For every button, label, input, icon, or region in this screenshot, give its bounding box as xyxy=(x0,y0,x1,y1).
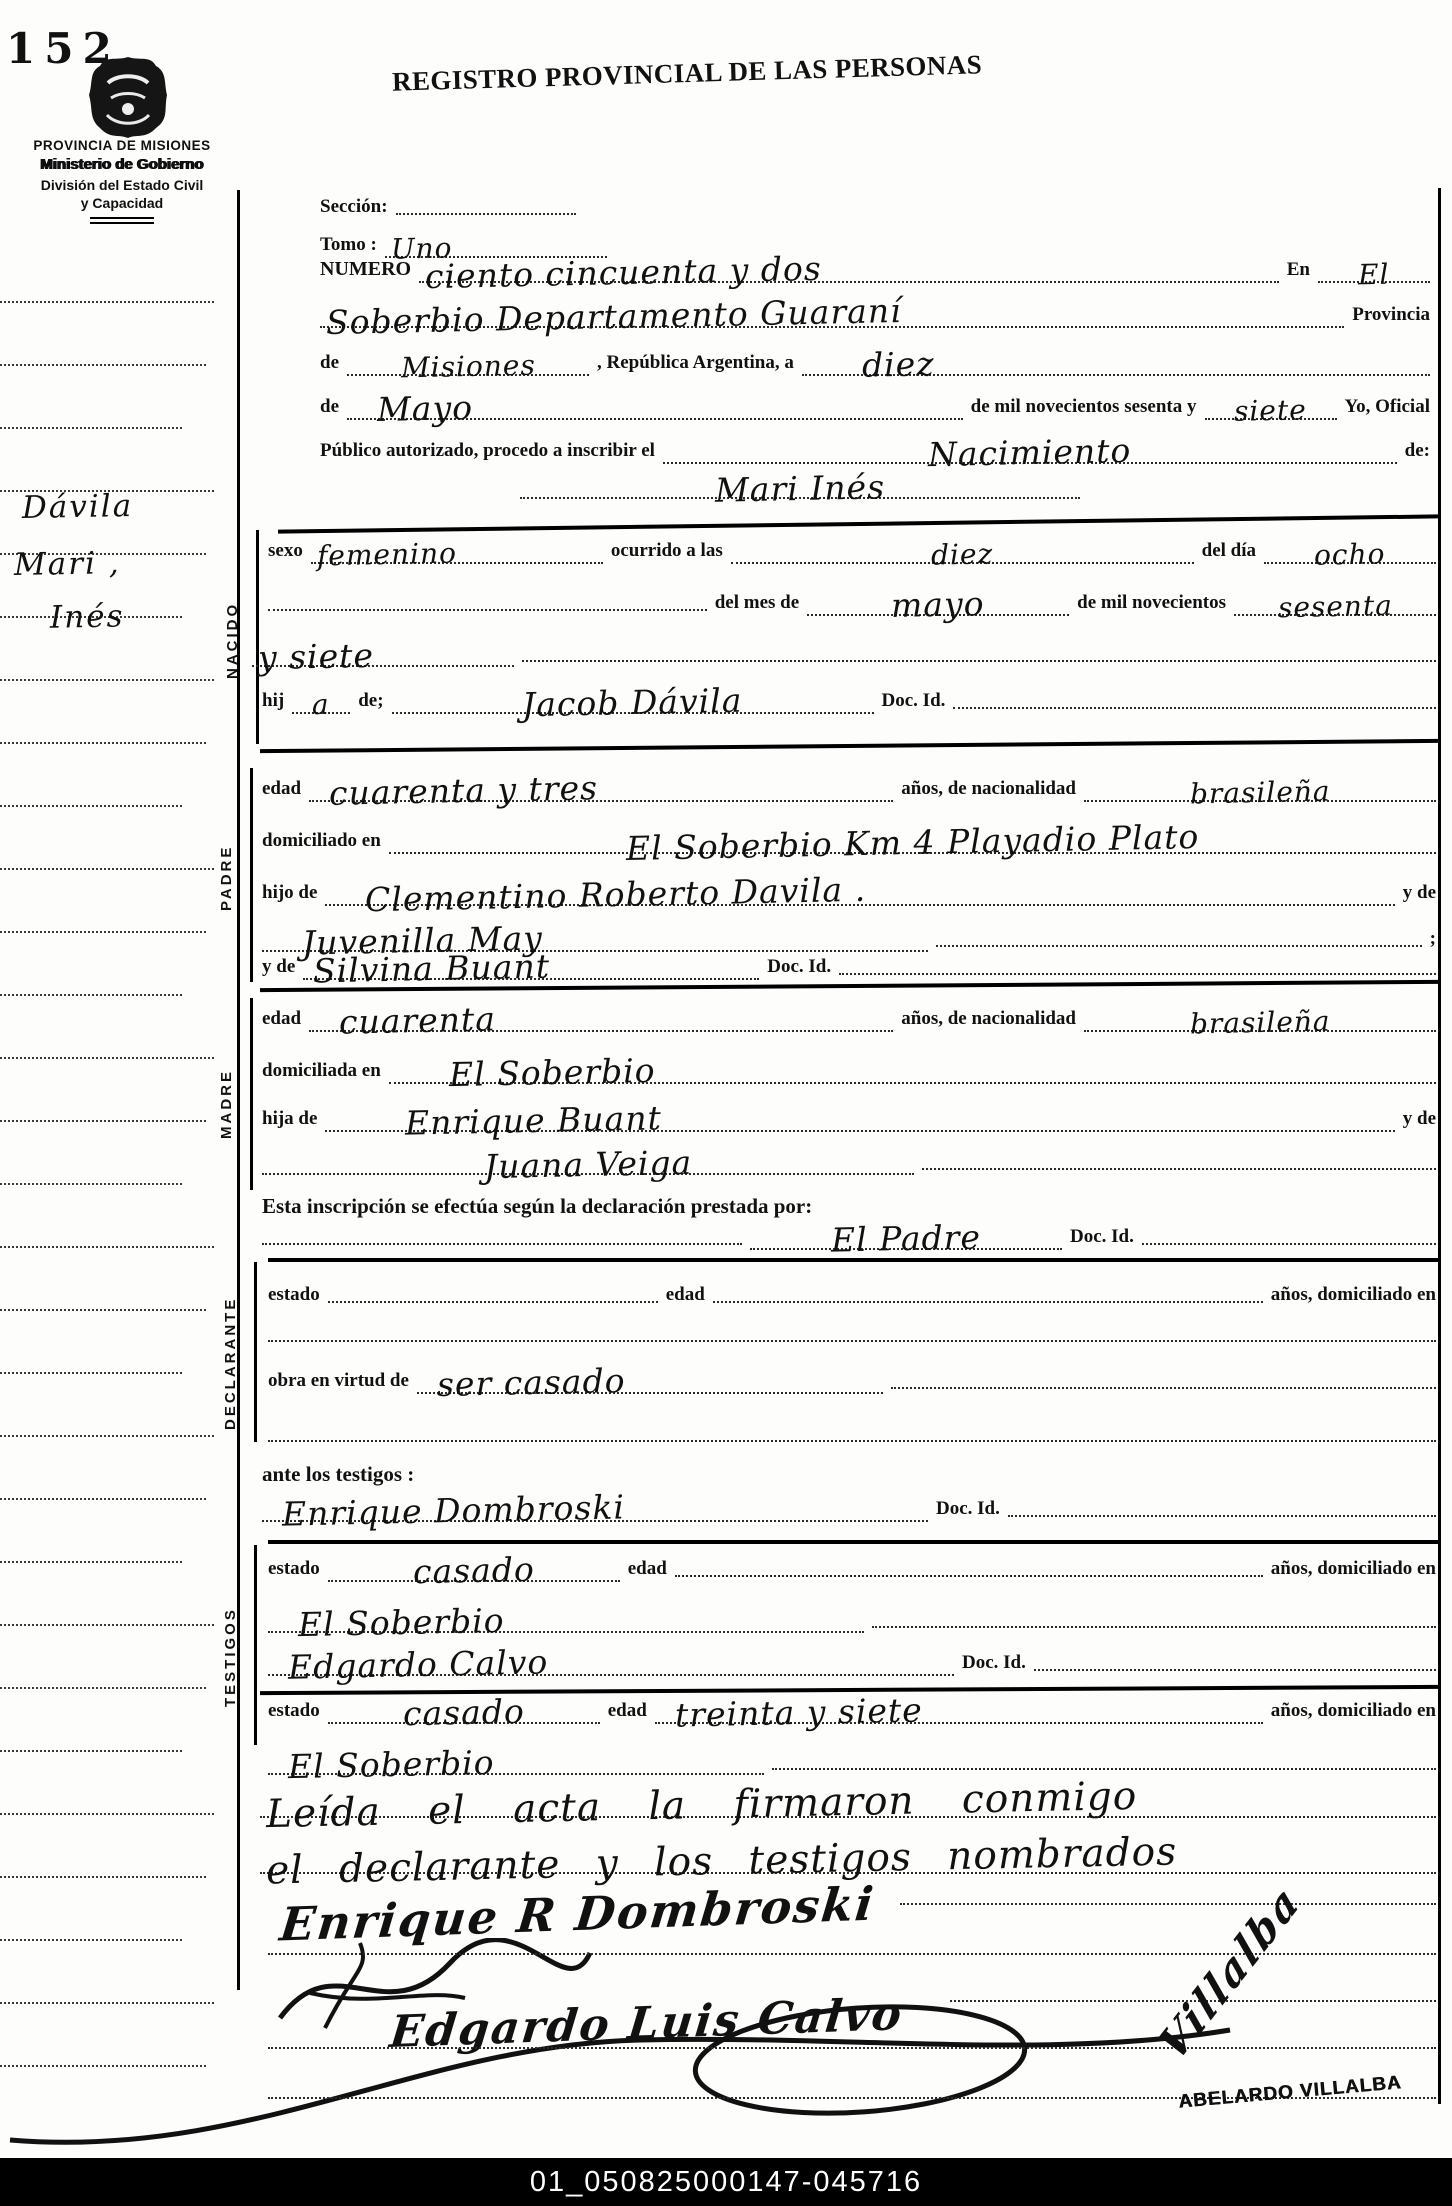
declarante-value: El Padre xyxy=(831,1225,981,1255)
dotted-leader xyxy=(268,1440,1436,1442)
section-divider xyxy=(260,739,1438,753)
y-de3-label: y de xyxy=(1403,1108,1436,1132)
sexo-entry: femenino xyxy=(311,544,603,563)
edad3-label: edad xyxy=(666,1284,705,1308)
estado2-label: estado xyxy=(268,1558,320,1582)
dia-nac-entry: ocho xyxy=(1264,544,1436,563)
closing-line2: el declarante y los testigos nombrados xyxy=(260,1846,1436,1874)
obra-label: obra en virtud de xyxy=(268,1370,409,1394)
closing-line2-text: el declarante y los testigos nombrados xyxy=(266,1836,1178,1886)
padre-edad-entry: cuarenta y tres xyxy=(309,778,893,801)
domiciliado-label: domiciliado en xyxy=(262,830,381,854)
field-acto: Público autorizado, procedo a inscribir … xyxy=(320,440,1430,464)
docid-label: Doc. Id. xyxy=(882,690,946,714)
testigo2-nombre: Edgardo Calvo xyxy=(288,1650,549,1682)
nacionalidad2-label: años, de nacionalidad xyxy=(901,1008,1076,1032)
dotted-leader xyxy=(772,1766,1436,1770)
padre-domicilio-value: El Soberbio Km 4 Playadio Plato xyxy=(625,824,1199,862)
testigo1-nombre: Enrique Dombroski xyxy=(282,1495,625,1529)
testigo1-domicilio-value: El Soberbio xyxy=(298,1608,505,1639)
dotted-leader xyxy=(522,658,1436,662)
field-abuela-materna: Juana Veiga xyxy=(262,1152,1436,1175)
testigo2-entry: Edgardo Calvo xyxy=(268,1652,954,1675)
mes-value: Mayo xyxy=(377,395,474,423)
testigo2-edad-entry: treinta y siete xyxy=(655,1700,1263,1723)
obra-value: ser casado xyxy=(437,1368,626,1398)
decada-entry: sesenta xyxy=(1234,596,1436,615)
closing-line1: Leída el acta la firmaron conmigo xyxy=(260,1790,1436,1818)
padre-nacionalidad-value: brasileña xyxy=(1189,781,1330,806)
field-padre-edad: edad cuarenta y tres años, de nacionalid… xyxy=(262,778,1436,802)
docid5-label: Doc. Id. xyxy=(962,1652,1026,1676)
section-divider xyxy=(268,1540,1438,1544)
issuing-office-block: PROVINCIA DE MISIONES Ministerio de Gobi… xyxy=(16,138,228,224)
field-madre-hija-de: hija de Enrique Buant y de xyxy=(262,1108,1436,1132)
org-ministry: Ministerio de Gobierno xyxy=(16,156,228,173)
anios-dom2-label: años, domiciliado en xyxy=(1271,1558,1436,1582)
anios-dom3-label: años, domiciliado en xyxy=(1271,1700,1436,1724)
en-value: El xyxy=(1358,263,1390,286)
testigo1-estado-value: casado xyxy=(413,1557,535,1586)
numero-label: NUMERO xyxy=(320,258,411,283)
field-hijo-de: hij a de; Jacob Dávila Doc. Id. xyxy=(262,690,1436,714)
testigo1-domicilio-entry: El Soberbio xyxy=(268,1610,864,1633)
declarante-entry: El Padre xyxy=(750,1226,1062,1249)
provincia-entry: Misiones xyxy=(347,356,589,375)
madre-section-label: MADRE xyxy=(218,1044,235,1164)
testigo1-entry: Enrique Dombroski xyxy=(262,1498,928,1521)
dotted-leader xyxy=(936,943,1422,947)
form-right-border xyxy=(1438,188,1441,2104)
anio-value: siete xyxy=(1234,400,1307,424)
genero-value: a xyxy=(312,694,330,717)
testigo2-edad-value: treinta y siete xyxy=(675,1698,923,1730)
dotted-leader xyxy=(891,1385,1436,1389)
y-de2-label: y de xyxy=(262,956,295,980)
declarante-section-label: DECLARANTE xyxy=(222,1288,239,1438)
scan-code-bar: 01_050825000147-045716 xyxy=(0,2158,1452,2206)
nacido-section-label: NACIDO xyxy=(224,555,241,725)
inscripto-nombre: Mari Inés xyxy=(715,474,886,504)
document-title: REGISTRO PROVINCIAL DE LAS PERSONAS xyxy=(392,49,983,97)
nacido-bar xyxy=(256,530,259,744)
padre-edad-value: cuarenta y tres xyxy=(329,776,599,808)
scan-code: 01_050825000147-045716 xyxy=(530,2166,922,2199)
hij-label: hij xyxy=(262,690,284,714)
dia-value: diez xyxy=(862,352,935,380)
abuelo-materno-value: Enrique Buant xyxy=(405,1106,662,1138)
abuela-materna-entry: Juana Veiga xyxy=(262,1152,914,1175)
novecientos-label: de mil novecientos sesenta y xyxy=(971,396,1197,420)
org-division: División del Estado Civil xyxy=(16,177,228,193)
estado3-label: estado xyxy=(268,1700,320,1724)
abuela-materna-value: Juana Veiga xyxy=(484,1150,693,1181)
dotted-leader xyxy=(872,1624,1436,1628)
field-madre-domicilio: domiciliada en El Soberbio xyxy=(262,1060,1436,1084)
testigo2-domicilio-value: El Soberbio xyxy=(288,1750,495,1781)
del-mes-label: del mes de xyxy=(715,592,799,616)
del-dia-label: del día xyxy=(1202,540,1256,564)
madre-edad-value: cuarenta xyxy=(339,1007,496,1037)
abuela-paterna-entry: Juvenilla May xyxy=(262,928,928,951)
de-label: de xyxy=(320,352,339,376)
testigo1-estado-entry: casado xyxy=(328,1558,620,1581)
padre-domicilio-entry: El Soberbio Km 4 Playadio Plato xyxy=(389,830,1436,853)
lugar-value: Soberbio Departamento Guaraní xyxy=(326,298,902,336)
nacionalidad-label: años, de nacionalidad xyxy=(901,778,1076,802)
edad5-label: edad xyxy=(608,1700,647,1724)
publico-label: Público autorizado, procedo a inscribir … xyxy=(320,440,655,464)
edad4-label: edad xyxy=(628,1558,667,1582)
en-entry: El xyxy=(1318,264,1430,283)
numero-value: ciento cincuenta y dos xyxy=(425,255,822,290)
seccion-label: Sección: xyxy=(320,196,388,220)
docid3-label: Doc. Id. xyxy=(1070,1226,1134,1250)
field-anio-nac: y siete xyxy=(252,644,1436,667)
sexo-label: sexo xyxy=(268,540,303,564)
org-division2: y Capacidad xyxy=(16,195,228,211)
field-padre-hijo-de: hijo de Clementino Roberto Davila . y de xyxy=(262,882,1436,906)
dotted-leader xyxy=(1008,1513,1436,1517)
mes-nac-entry: mayo xyxy=(807,592,1069,615)
anios-dom-label: años, domiciliado en xyxy=(1271,1284,1436,1308)
madre-nombre-value: Silvina Buant xyxy=(313,954,551,985)
signature2-text: Edgardo Luis Calvo xyxy=(388,1997,904,2050)
dotted-leader xyxy=(900,1903,1436,1905)
lugar-entry: Soberbio Departamento Guaraní xyxy=(320,304,1344,327)
section-divider xyxy=(268,1258,1438,1262)
ante-testigos-label: ante los testigos : xyxy=(262,1462,414,1488)
field-declarante-estado: estado edad años, domiciliado en xyxy=(268,1284,1436,1308)
org-province: PROVINCIA DE MISIONES xyxy=(16,138,228,153)
field-testigo1-domicilio: El Soberbio xyxy=(268,1610,1436,1633)
anio-nac-entry: y siete xyxy=(252,644,514,667)
field-padre-domicilio: domiciliado en El Soberbio Km 4 Playadio… xyxy=(262,830,1436,854)
anio-entry: siete xyxy=(1205,400,1337,419)
ocurrido-label: ocurrido a las xyxy=(611,540,723,564)
edad2-label: edad xyxy=(262,1008,301,1032)
field-testigo1: Enrique Dombroski Doc. Id. xyxy=(262,1498,1436,1522)
provincia-label: Provincia xyxy=(1352,304,1430,328)
field-madre-edad: edad cuarenta años, de nacionalidad bras… xyxy=(262,1008,1436,1032)
domiciliada-label: domiciliada en xyxy=(262,1060,381,1084)
tomo-label: Tomo : xyxy=(320,234,377,258)
testigos-bar xyxy=(254,1545,257,1745)
de-colon-label: de: xyxy=(1405,440,1430,464)
signature1-text: Enrique R Dombroski xyxy=(278,1886,876,1944)
acto-value: Nacimiento xyxy=(928,438,1132,469)
de-semi-label: de; xyxy=(358,690,383,714)
y-de-label: y de xyxy=(1403,882,1436,906)
dotted-leader xyxy=(328,1299,658,1303)
mes-nac-value: mayo xyxy=(891,591,985,619)
obra-entry: ser casado xyxy=(417,1370,883,1393)
dotted-leader xyxy=(268,607,707,611)
novecientos-nac-label: de mil novecientos xyxy=(1077,592,1226,616)
field-testigo2-domicilio: El Soberbio xyxy=(268,1752,1436,1775)
field-testigo1-estado: estado casado edad años, domiciliado en xyxy=(268,1558,1436,1582)
padre-nombre-entry: Jacob Dávila xyxy=(392,690,874,713)
en-label: En xyxy=(1287,259,1310,283)
docid4-label: Doc. Id. xyxy=(936,1498,1000,1522)
field-seccion: Sección: xyxy=(320,196,640,220)
testigo2-domicilio-entry: El Soberbio xyxy=(268,1752,764,1775)
madre-bar xyxy=(250,998,253,1190)
ante-testigos: ante los testigos : xyxy=(262,1462,862,1488)
dotted-leader xyxy=(713,1299,1263,1303)
punto-coma: ; xyxy=(1430,928,1436,952)
mes-entry: Mayo xyxy=(347,396,963,419)
field-numero: NUMERO ciento cincuenta y dos En El xyxy=(320,258,1430,283)
dotted-leader xyxy=(268,2047,1436,2049)
madre-nacionalidad-value: brasileña xyxy=(1189,1011,1330,1036)
sexo-value: femenino xyxy=(317,543,457,568)
madre-nacionalidad-entry: brasileña xyxy=(1084,1012,1436,1031)
closing-line1-entry: Leída el acta la firmaron conmigo xyxy=(260,1790,1436,1818)
docid2-label: Doc. Id. xyxy=(767,956,831,980)
field-provincia: de Misiones , República Argentina, a die… xyxy=(320,352,1430,376)
declarante-bar xyxy=(254,1262,257,1442)
genero-entry: a xyxy=(292,694,350,713)
margin-surname: Dávila xyxy=(22,491,134,524)
numero-entry: ciento cincuenta y dos xyxy=(419,260,1279,283)
provincial-seal-icon xyxy=(86,52,170,147)
dia-entry: diez xyxy=(802,352,1430,375)
inscripto-entry: Mari Inés xyxy=(520,476,1080,499)
field-sexo: sexo femenino ocurrido a las diez del dí… xyxy=(268,540,1436,564)
padre-nacionalidad-entry: brasileña xyxy=(1084,782,1436,801)
madre-domicilio-entry: El Soberbio xyxy=(389,1060,1436,1083)
republica-label: , República Argentina, a xyxy=(597,352,794,376)
field-mes: de Mayo de mil novecientos sesenta y sie… xyxy=(320,396,1430,420)
dia-nac-value: ocho xyxy=(1314,544,1386,568)
declaracion-intro-label: Esta inscripción se efectúa según la dec… xyxy=(262,1194,812,1220)
hija-de-label: hija de xyxy=(262,1108,317,1132)
madre-nombre-entry: Silvina Buant xyxy=(303,956,759,979)
madre-edad-entry: cuarenta xyxy=(309,1008,893,1031)
field-declarante-nombre: El Padre Doc. Id. xyxy=(262,1226,1436,1250)
abuelo-paterno-entry: Clementino Roberto Davila . xyxy=(325,882,1394,905)
estado-label: estado xyxy=(268,1284,320,1308)
madre-domicilio-value: El Soberbio xyxy=(449,1058,656,1089)
field-testigo2-estado: estado casado edad treinta y siete años,… xyxy=(268,1700,1436,1724)
provincia-value: Misiones xyxy=(400,355,535,380)
decada-value: sesenta xyxy=(1277,595,1392,620)
abuelo-materno-entry: Enrique Buant xyxy=(325,1108,1394,1131)
testigo2-estado-entry: casado xyxy=(328,1700,600,1723)
yo-oficial-label: Yo, Oficial xyxy=(1345,396,1431,420)
dotted-leader xyxy=(839,971,1436,975)
dotted-leader xyxy=(262,1241,742,1245)
dotted-leader xyxy=(268,1340,1436,1342)
dotted-leader xyxy=(1034,1667,1436,1671)
field-inscripto: Mari Inés xyxy=(520,476,1080,499)
closing-line2-entry: el declarante y los testigos nombrados xyxy=(260,1846,1436,1874)
dotted-leader xyxy=(675,1573,1263,1577)
acto-entry: Nacimiento xyxy=(663,440,1397,463)
field-lugar: Soberbio Departamento Guaraní Provincia xyxy=(320,304,1430,328)
hora-entry: diez xyxy=(731,544,1194,563)
section-divider xyxy=(278,514,1438,533)
field-mes-nac: del mes de mayo de mil novecientos sesen… xyxy=(268,592,1436,616)
edad-label: edad xyxy=(262,778,301,802)
testigo2-estado-value: casado xyxy=(403,1699,525,1728)
double-rule xyxy=(90,217,154,224)
hijo-de-label: hijo de xyxy=(262,882,317,906)
field-madre-nombre: y de Silvina Buant Doc. Id. xyxy=(262,956,1436,980)
signature2: Edgardo Luis Calvo xyxy=(390,2006,1150,2036)
closing-line1-text: Leída el acta la firmaron conmigo xyxy=(266,1781,1138,1830)
margin-given-name: Mari , xyxy=(14,548,134,581)
declaracion-intro: Esta inscripción se efectúa según la dec… xyxy=(262,1194,1436,1220)
dotted-leader xyxy=(953,705,1436,709)
abuelo-paterno-value: Clementino Roberto Davila . xyxy=(365,877,867,914)
padre-bar xyxy=(250,768,253,982)
testigos-section-label: TESTIGOS xyxy=(222,1582,239,1732)
margin-given-name2: Inés xyxy=(50,601,134,633)
field-obra: obra en virtud de ser casado xyxy=(268,1370,1436,1394)
hora-value: diez xyxy=(931,544,994,568)
birth-record-page: 152 REGISTRO PROVINCIAL DE LAS PERSONAS … xyxy=(0,0,1452,2206)
field-testigo2: Edgardo Calvo Doc. Id. xyxy=(268,1652,1436,1676)
signature1: Enrique R Dombroski xyxy=(280,1896,980,1928)
dotted-leader xyxy=(922,1166,1436,1170)
de-label2: de xyxy=(320,396,339,420)
margin-name-annotation: Dávila Mari , Inés xyxy=(14,492,133,633)
dotted-leader xyxy=(396,211,576,215)
anio-nac-value: y siete xyxy=(258,643,374,672)
padre-section-label: PADRE xyxy=(218,818,235,938)
dotted-leader xyxy=(1142,1241,1436,1245)
padre-nombre-value: Jacob Dávila xyxy=(522,688,743,719)
